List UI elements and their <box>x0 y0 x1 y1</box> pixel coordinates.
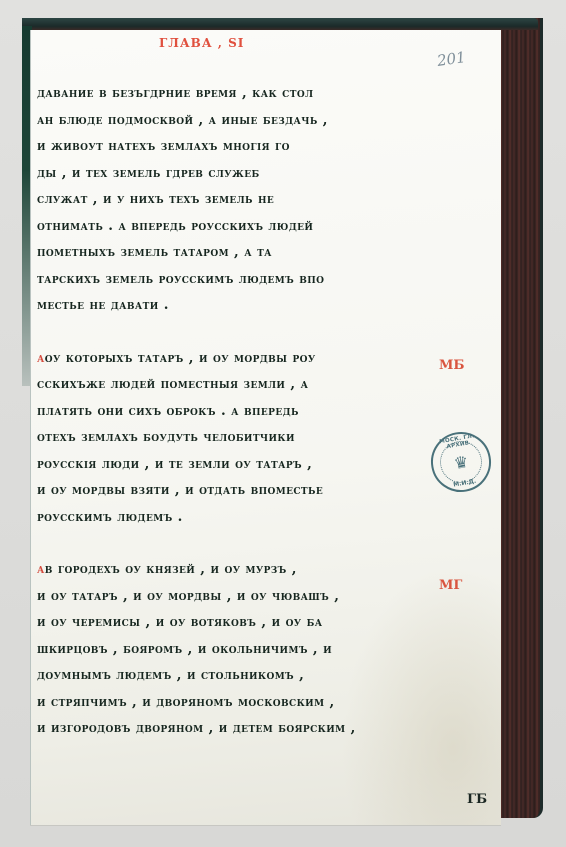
text-line: и оу мордвы взяти , и отдать впоместье <box>37 477 409 504</box>
archive-stamp: МОСК. ГЛ. АРХИВ ♛ М.И.Д. <box>426 427 496 497</box>
paragraph-1: давание в безъгдрние время , как стол ан… <box>37 80 409 319</box>
manuscript-page: ГЛАВА , ЅІ 201 давание в безъгдрние врем… <box>30 30 501 825</box>
marginal-article-number: МГ <box>439 578 462 593</box>
marginal-article-number: МБ <box>439 358 465 373</box>
text-line: и изгородовъ дворяном , и детем боярским… <box>37 715 409 742</box>
text-line: давание в безъгдрние время , как стол <box>37 80 409 107</box>
text-line: и оу татаръ , и оу мордвы , и оу чювашъ … <box>37 583 409 610</box>
book-fore-edge <box>498 18 543 818</box>
paragraph-3: Ав городехъ оу князей , и оу мурзъ , и о… <box>37 556 409 742</box>
text-line: отехъ землахъ боудуть челобитчики <box>37 424 409 451</box>
text-line: доумнымъ людемъ , и стольникомъ , <box>37 662 409 689</box>
signature-mark: ГБ <box>467 792 487 807</box>
text-line: сскихъже людей поместныя земли , а <box>37 371 409 398</box>
red-initial: А <box>37 561 45 577</box>
text-line: отнимать . а впередь роусскихъ людей <box>37 213 409 240</box>
red-initial: А <box>37 350 45 366</box>
text-line: пометныхъ земель татаром , а та <box>37 239 409 266</box>
text-line-rest: в городехъ оу князей , и оу мурзъ , <box>45 561 297 577</box>
text-line-rest: оу которыхъ татаръ , и оу мордвы роу <box>45 350 316 366</box>
text-line: роусскія люди , и те земли оу татаръ , <box>37 451 409 478</box>
text-line: шкирцовъ , бояромъ , и окольничимъ , и <box>37 636 409 663</box>
paragraph-gap <box>37 319 409 345</box>
text-block: давание в безъгдрние время , как стол ан… <box>37 80 409 742</box>
book-top-rim <box>22 18 538 30</box>
folio-number: 201 <box>436 48 467 70</box>
text-line: ды , и тех земель гдрев служеб <box>37 160 409 187</box>
text-line: и оу черемисы , и оу вотяковъ , и оу ба <box>37 609 409 636</box>
text-line: Аоу которыхъ татаръ , и оу мордвы роу <box>37 345 409 372</box>
text-line: Ав городехъ оу князей , и оу мурзъ , <box>37 556 409 583</box>
text-line: и стряпчимъ , и дворяномъ московским , <box>37 689 409 716</box>
paragraph-gap <box>37 530 409 556</box>
text-line: роусскимъ людемъ . <box>37 504 409 531</box>
text-line: тарскихъ земель роусскимъ людемъ впо <box>37 266 409 293</box>
text-line: и живоут натехъ землахъ многія го <box>37 133 409 160</box>
text-line: местье не давати . <box>37 292 409 319</box>
text-line: платять они сихъ оброкъ . а впередь <box>37 398 409 425</box>
text-line: служат , и у нихъ техъ земель не <box>37 186 409 213</box>
paragraph-2: Аоу которыхъ татаръ , и оу мордвы роу сс… <box>37 345 409 531</box>
chapter-header: ГЛАВА , ЅІ <box>159 36 244 50</box>
text-line: ан блюде подмосквой , а иные бездачь , <box>37 107 409 134</box>
